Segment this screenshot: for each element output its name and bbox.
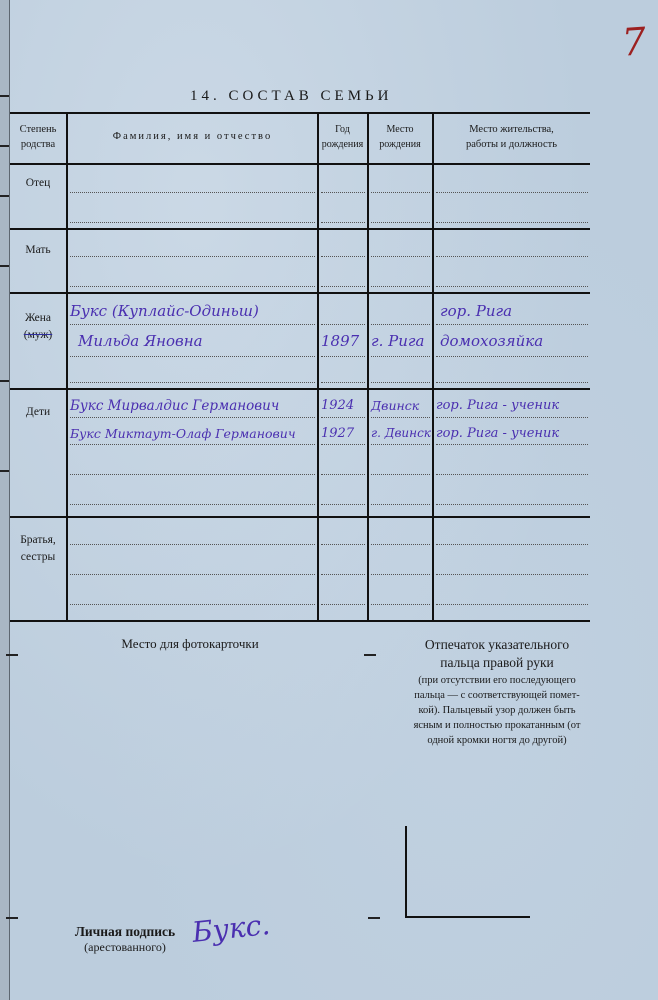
- photo-area-label: Место для фотокарточки: [90, 636, 290, 652]
- child-2-residence: гор. Рига - ученик: [436, 426, 559, 441]
- wife-occupation: домохозяйка: [440, 332, 543, 350]
- row-label-children: Дети: [10, 404, 66, 421]
- fingerprint-box-left-edge: [405, 826, 407, 918]
- wife-surname: Букс (Куплайс-Одиньш): [70, 302, 259, 320]
- wife-given-name: Мильда Яновна: [78, 332, 203, 350]
- wife-birth-year: 1897: [321, 332, 359, 350]
- folio-number: 7: [620, 19, 647, 65]
- wife-birth-place: г. Рига: [371, 332, 424, 350]
- margin-dash: [6, 654, 18, 656]
- child-2-birth-year: 1927: [321, 426, 354, 441]
- margin-dash: [364, 654, 376, 656]
- struck-husband-label: (муж): [10, 327, 66, 344]
- header-relation: Степеньродства: [10, 122, 66, 152]
- child-1-name: Букс Мирвалдис Германович: [70, 398, 279, 414]
- margin-dash: [6, 917, 18, 919]
- header-birth-place: Месторождения: [368, 122, 432, 152]
- row-label-siblings: Братья,сестры: [10, 532, 66, 566]
- signature: Букс.: [190, 908, 271, 949]
- binding-edge: [0, 0, 10, 1000]
- signature-label-block: Личная подпись (арестованного): [55, 924, 195, 955]
- header-birth-year: Годрождения: [318, 122, 367, 152]
- child-1-birth-place: Двинск: [371, 398, 419, 413]
- wife-residence-city: гор. Рига: [440, 302, 512, 320]
- child-1-birth-year: 1924: [321, 398, 354, 413]
- child-2-name: Букс Миктаут-Олаф Германович: [70, 426, 296, 441]
- child-2-birth-place: г. Двинск: [371, 426, 431, 440]
- fingerprint-box-bottom-edge: [405, 916, 530, 918]
- fingerprint-instructions: Отпечаток указательного пальца правой ру…: [392, 636, 602, 748]
- header-residence: Место жительства,работы и должность: [433, 122, 590, 152]
- header-name: Фамилия, имя и отчество: [68, 129, 317, 144]
- margin-dash: [368, 917, 380, 919]
- child-1-residence: гор. Рига - ученик: [436, 398, 559, 413]
- row-label-mother: Мать: [10, 242, 66, 259]
- row-label-wife: Жена (муж): [10, 310, 66, 344]
- row-label-father: Отец: [10, 175, 66, 192]
- section-title: 14. СОСТАВ СЕМЬИ: [190, 88, 392, 105]
